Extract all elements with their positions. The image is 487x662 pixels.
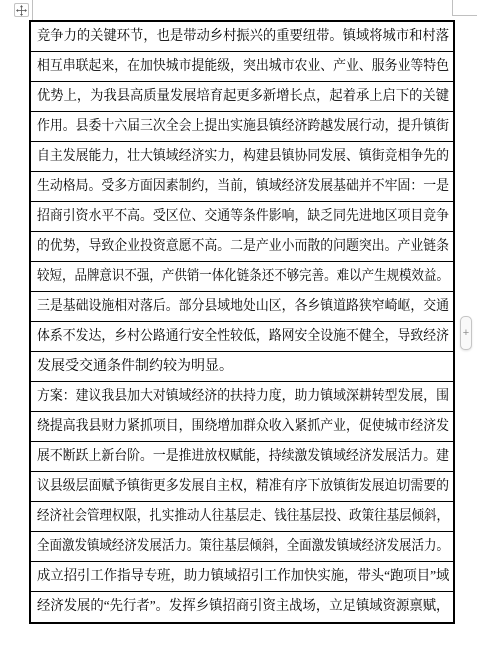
row-text: 的优势，导致企业投资意愿不高。二是产业小而散的问题突出。产业链条: [37, 240, 449, 254]
row-text: 成立招引工作指导专班，助力镇域招引工作加快实施，带头“跑项目”域: [37, 570, 449, 584]
table-row[interactable]: 议县级层面赋予镇街更多发展自主权，精准有序下放镇街发展迫切需要的: [31, 472, 453, 502]
table-row[interactable]: 体系不发达，乡村公路通行安全性较低，路网安全设施不健全，导致经济: [31, 322, 453, 352]
table-row[interactable]: 绕提高我县财力紧抓项目，围绕增加群众收入紧抓产业，促使城市经济发: [31, 412, 453, 442]
table-row[interactable]: 自主发展能力，壮大镇域经济实力，构建县镇协同发展、镇街竞相争先的: [31, 142, 453, 172]
table-row[interactable]: 方案：建议我县加大对镇域经济的扶持力度，助力镇域深耕转型发展，围: [31, 382, 453, 412]
row-text: 生动格局。受多方面因素制约，当前，镇域经济发展基础并不牢固：一是: [37, 180, 449, 194]
table-row[interactable]: 发展受交通条件制约较为明显。: [31, 352, 453, 382]
margin-mark-top-right-vertical: [452, 0, 453, 15]
row-text: 三是基础设施相对落后。部分县域地处山区，各乡镇道路狭窄崎岖，交通: [37, 300, 449, 314]
margin-mark-top-left: [32, 0, 33, 20]
row-text: 展不断跃上新台阶。一是推进放权赋能，持续激发镇域经济发展活力。建: [37, 450, 449, 464]
margin-mark-top-right-horizontal: [452, 15, 477, 16]
table-row[interactable]: 生动格局。受多方面因素制约，当前，镇域经济发展基础并不牢固：一是: [31, 172, 453, 202]
plus-icon: +: [463, 328, 469, 339]
table-row[interactable]: 全面激发镇域经济发展活力。策往基层倾斜，全面激发镇域经济发展活力。: [31, 532, 453, 562]
table-row[interactable]: 竞争力的关键环节，也是带动乡村振兴的重要纽带。镇域将城市和村落: [31, 22, 453, 52]
table-row[interactable]: 展不断跃上新台阶。一是推进放权赋能，持续激发镇域经济发展活力。建: [31, 442, 453, 472]
row-text: 较短，品牌意识不强，产供销一体化链条还不够完善。难以产生规模效益。: [37, 270, 449, 284]
table-move-handle[interactable]: [14, 3, 29, 17]
row-text: 经济社会管理权限，扎实推动人往基层走、钱往基层投、政策往基层倾斜，: [37, 510, 449, 524]
floating-plus-button[interactable]: +: [460, 316, 472, 350]
row-text: 招商引资水平不高。受区位、交通等条件影响，缺乏同先进地区项目竞争: [37, 210, 449, 224]
row-text: 竞争力的关键环节，也是带动乡村振兴的重要纽带。镇域将城市和村落: [37, 30, 449, 44]
row-text: 发展受交通条件制约较为明显。: [37, 360, 233, 374]
row-text: 体系不发达，乡村公路通行安全性较低，路网安全设施不健全，导致经济: [37, 330, 449, 344]
table-row[interactable]: 招商引资水平不高。受区位、交通等条件影响，缺乏同先进地区项目竞争: [31, 202, 453, 232]
row-text: 绕提高我县财力紧抓项目，围绕增加群众收入紧抓产业，促使城市经济发: [37, 420, 449, 434]
move-cross-icon: [16, 5, 27, 16]
row-text: 方案：建议我县加大对镇域经济的扶持力度，助力镇域深耕转型发展，围: [37, 390, 449, 404]
row-text: 优势上，为我县高质量发展培育起更多新增长点，起着承上启下的关键: [37, 90, 449, 104]
document-table: 竞争力的关键环节，也是带动乡村振兴的重要纽带。镇域将城市和村落 相互串联起来，在…: [29, 20, 455, 624]
table-row[interactable]: 作用。县委十六届三次全会上提出实施县镇经济跨越发展行动，提升镇街: [31, 112, 453, 142]
row-text: 自主发展能力，壮大镇域经济实力，构建县镇协同发展、镇街竞相争先的: [37, 150, 449, 164]
row-text: 全面激发镇域经济发展活力。策往基层倾斜，全面激发镇域经济发展活力。: [37, 540, 449, 554]
row-text: 作用。县委十六届三次全会上提出实施县镇经济跨越发展行动，提升镇街: [37, 120, 449, 134]
table-row[interactable]: 的优势，导致企业投资意愿不高。二是产业小而散的问题突出。产业链条: [31, 232, 453, 262]
table-row[interactable]: 较短，品牌意识不强，产供销一体化链条还不够完善。难以产生规模效益。: [31, 262, 453, 292]
row-text: 议县级层面赋予镇街更多发展自主权，精准有序下放镇街发展迫切需要的: [37, 480, 449, 494]
table-row[interactable]: 相互串联起来，在加快城市提能级，突出城市农业、产业、服务业等特色: [31, 52, 453, 82]
document-page: 竞争力的关键环节，也是带动乡村振兴的重要纽带。镇域将城市和村落 相互串联起来，在…: [0, 0, 487, 662]
row-text: 相互串联起来，在加快城市提能级，突出城市农业、产业、服务业等特色: [37, 60, 449, 74]
table-row[interactable]: 经济发展的“先行者”。发挥乡镇招商引资主战场，立足镇域资源禀赋，: [31, 592, 453, 622]
table-row[interactable]: 成立招引工作指导专班，助力镇域招引工作加快实施，带头“跑项目”域: [31, 562, 453, 592]
row-text: 经济发展的“先行者”。发挥乡镇招商引资主战场，立足镇域资源禀赋，: [37, 600, 449, 614]
table-row[interactable]: 三是基础设施相对落后。部分县域地处山区，各乡镇道路狭窄崎岖，交通: [31, 292, 453, 322]
table-row[interactable]: 优势上，为我县高质量发展培育起更多新增长点，起着承上启下的关键: [31, 82, 453, 112]
table-row[interactable]: 经济社会管理权限，扎实推动人往基层走、钱往基层投、政策往基层倾斜，: [31, 502, 453, 532]
